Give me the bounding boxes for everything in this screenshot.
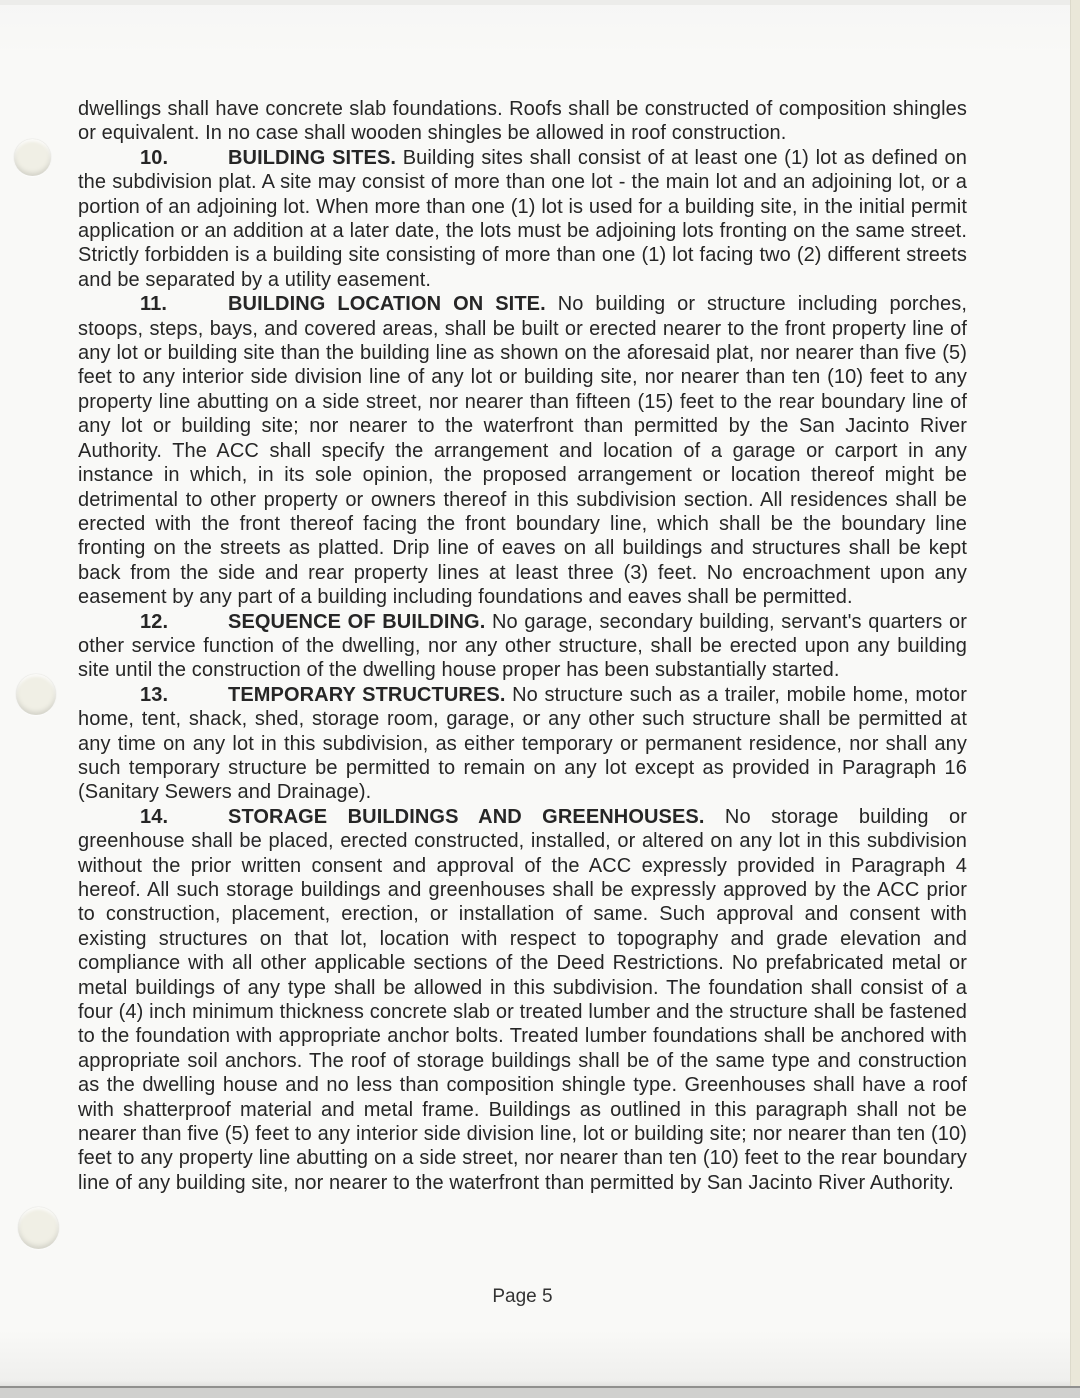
paragraph-text: No building or structure including porch… bbox=[78, 293, 967, 608]
hole-punch-icon bbox=[18, 1207, 59, 1249]
paragraph-text: No storage building or greenhouse shall … bbox=[78, 806, 967, 1194]
paragraph-13: 13.TEMPORARY STRUCTURES. No structure su… bbox=[78, 683, 967, 805]
scanned-document-page: dwellings shall have concrete slab found… bbox=[0, 0, 1070, 1386]
scan-edge-top bbox=[0, 0, 1080, 5]
paragraph-number: 14. bbox=[140, 805, 228, 829]
paragraph-number: 13. bbox=[140, 683, 228, 707]
paragraph-14: 14.STORAGE BUILDINGS AND GREENHOUSES. No… bbox=[78, 805, 967, 1196]
document-body: dwellings shall have concrete slab found… bbox=[78, 97, 967, 1195]
paragraph-10: 10.BUILDING SITES. Building sites shall … bbox=[78, 146, 967, 292]
paragraph-number: 12. bbox=[140, 610, 228, 634]
hole-punch-icon bbox=[16, 674, 56, 715]
paragraph-title: BUILDING LOCATION ON SITE. bbox=[228, 293, 546, 315]
paragraph-number: 11. bbox=[140, 292, 228, 316]
paragraph-continuation: dwellings shall have concrete slab found… bbox=[78, 97, 967, 146]
scan-edge-bottom bbox=[0, 1386, 1080, 1398]
paragraph-title: SEQUENCE OF BUILDING. bbox=[228, 611, 485, 633]
paragraph-text: dwellings shall have concrete slab found… bbox=[78, 98, 967, 144]
paragraph-11: 11.BUILDING LOCATION ON SITE. No buildin… bbox=[78, 292, 967, 609]
paragraph-12: 12.SEQUENCE OF BUILDING. No garage, seco… bbox=[78, 610, 967, 683]
paragraph-title: STORAGE BUILDINGS AND GREENHOUSES. bbox=[228, 806, 705, 828]
paragraph-title: TEMPORARY STRUCTURES. bbox=[228, 684, 506, 706]
page-number: Page 5 bbox=[78, 1286, 967, 1308]
scan-edge-right bbox=[1070, 0, 1080, 1386]
hole-punch-icon bbox=[14, 139, 51, 176]
paragraph-title: BUILDING SITES. bbox=[228, 147, 396, 169]
paragraph-number: 10. bbox=[140, 146, 228, 170]
